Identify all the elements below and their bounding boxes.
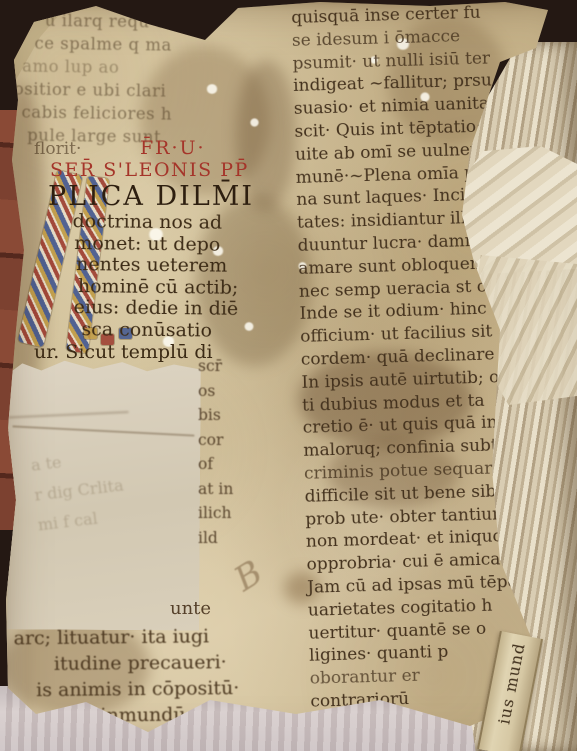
manuscript-text-line: arc; lituatur· ita iugi	[13, 623, 273, 652]
manuscript-text-line: amo lup ao	[22, 55, 244, 81]
text-fragment: unte	[170, 598, 211, 619]
text-fragment: ilich	[198, 501, 238, 526]
text-fragment: at in	[198, 477, 238, 502]
manuscript-text-line: ce spalme q ma	[34, 32, 244, 58]
manuscript-text-line: cabis feliciores h	[21, 101, 243, 127]
sermon-rubric: SER̄ S'LEONIS PP̄	[50, 159, 249, 181]
manuscript-text-line: u ilarq requ e et	[45, 9, 245, 35]
manuscript-text-line: doctrina nos ad	[72, 211, 262, 235]
text-fragment: os	[198, 379, 238, 404]
manuscript-text-line: itudine precaueri·	[54, 649, 274, 677]
manuscript-text-line: is animis in cōpositū·	[36, 675, 274, 703]
manuscript-photo: u ilarq requ e etce spalme q maamo lup a…	[0, 0, 577, 751]
manuscript-text-line: nentes ueterem	[76, 254, 262, 278]
incipit-display-line: PLICA DILM̄I	[48, 181, 254, 212]
manuscript-text-line: florit·	[34, 139, 81, 159]
patch-crack	[9, 411, 129, 418]
manuscript-text-line: sca conūsatio	[81, 319, 261, 342]
text-fragment: cor	[198, 428, 238, 453]
paper-patch: a ter dig Crlitami f cal	[7, 357, 201, 630]
patch-showthrough-text: a ter dig Crlitami f cal	[29, 434, 188, 541]
manuscript-text-line: ur. Sicut templū di	[34, 341, 213, 363]
text-fragment: of	[198, 452, 238, 477]
feria-rubric: F̄R·U·	[140, 137, 206, 159]
tab-vertical-label: ius mund	[494, 641, 528, 726]
patch-edge-fragments: scr̄osbiscorofat inilichild	[198, 354, 238, 550]
manuscript-text-line: ositior e ubi clari	[14, 77, 244, 103]
text-fragment: scr̄	[198, 354, 238, 379]
text-fragment: bis	[198, 403, 238, 428]
left-column-body-text: doctrina nos admonet: ut deponentes uete…	[71, 211, 262, 343]
left-column-faded-text: u ilarq requ e etce spalme q maamo lup a…	[13, 8, 245, 149]
text-fragment: ild	[198, 526, 238, 551]
paint-speck	[250, 118, 259, 127]
pen-trial-mark: B	[227, 552, 269, 599]
